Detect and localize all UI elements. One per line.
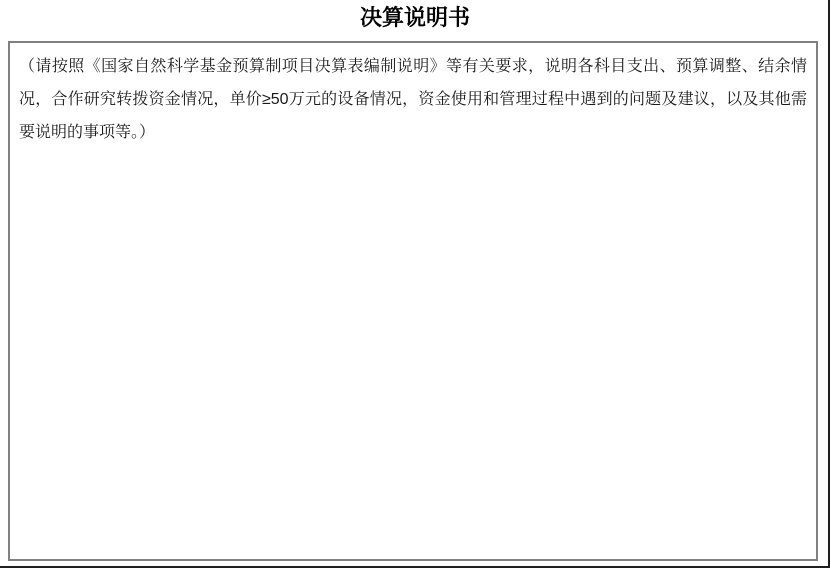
document-page: 决算说明书 （请按照《国家自然科学基金预算制项目决算表编制说明》等有关要求，说明… (0, 0, 830, 572)
instructions-text: （请按照《国家自然科学基金预算制项目决算表编制说明》等有关要求，说明各科目支出、… (10, 43, 816, 149)
page-title: 决算说明书 (0, 4, 830, 32)
page-bottom-border-rule (0, 566, 830, 568)
statement-entry-box[interactable]: （请按照《国家自然科学基金预算制项目决算表编制说明》等有关要求，说明各科目支出、… (8, 41, 818, 561)
